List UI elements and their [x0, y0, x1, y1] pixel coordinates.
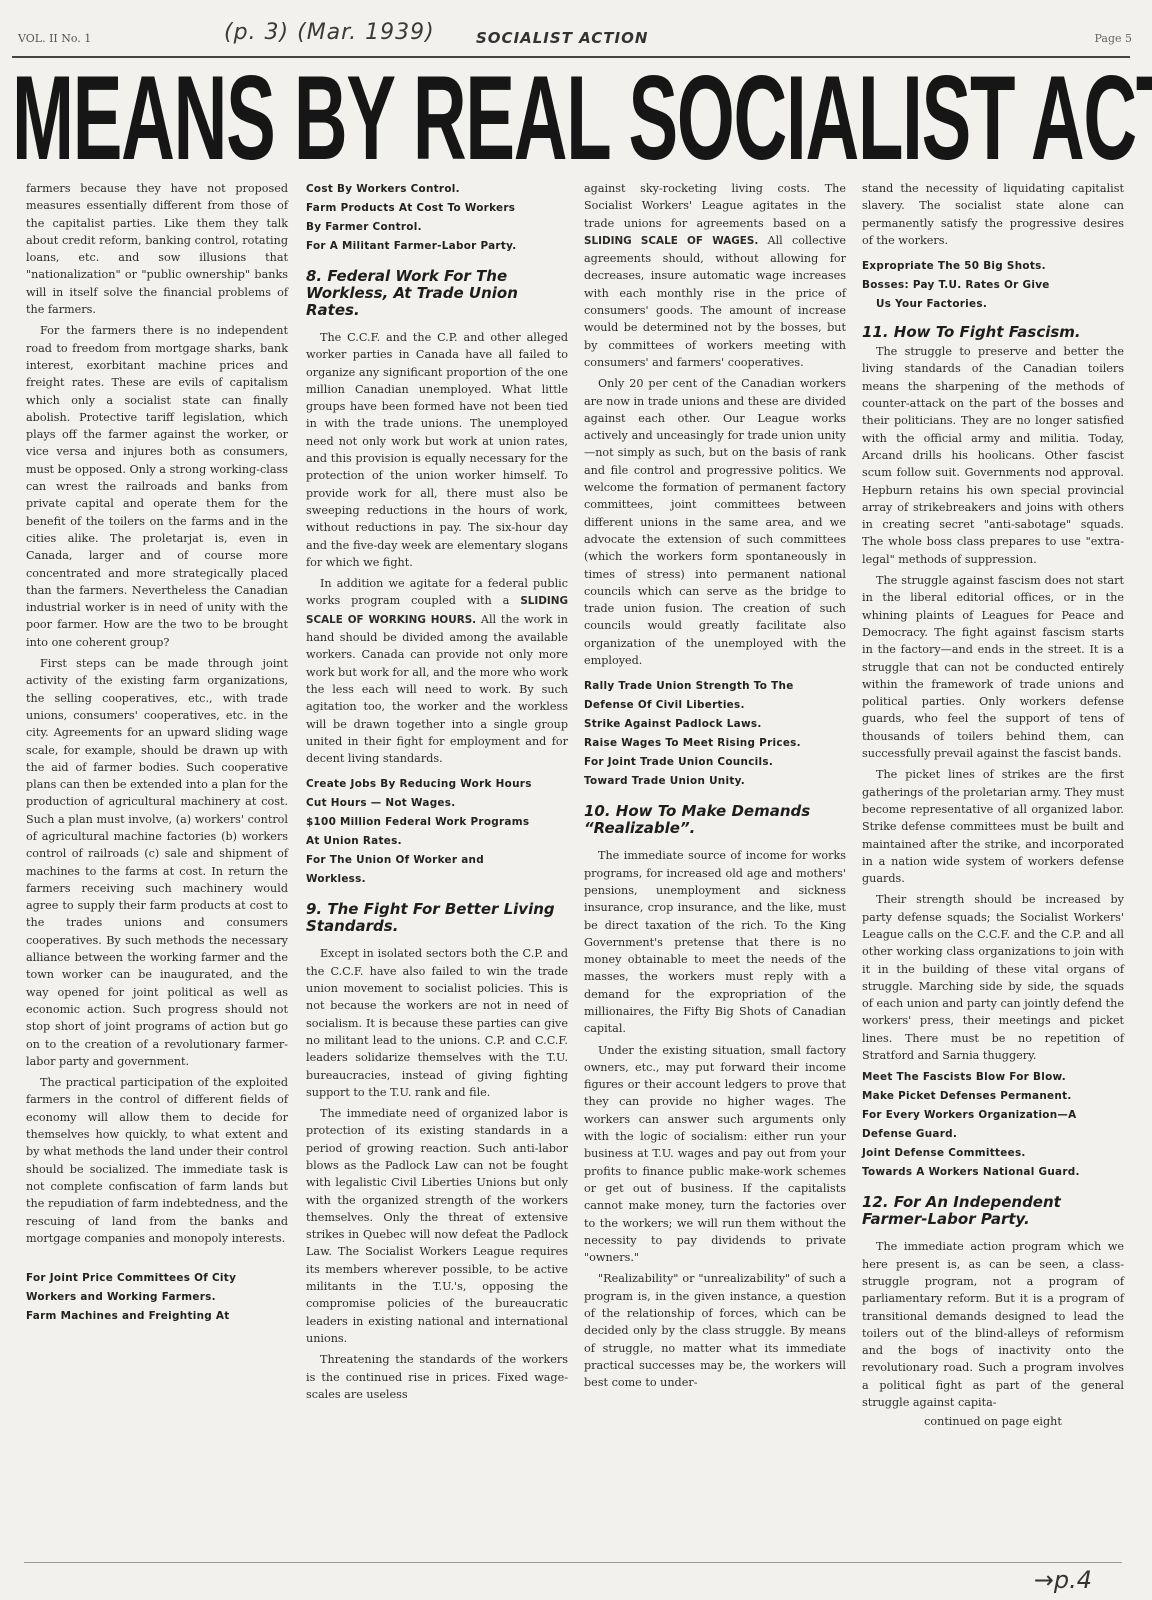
slogan-block: Create Jobs By Reducing Work Hours Cut H… — [306, 775, 568, 889]
paragraph: Except in isolated sectors both the C.P.… — [306, 945, 568, 1101]
slogan: Defense Of Civil Liberties. — [584, 696, 846, 715]
slogan-block: Rally Trade Union Strength To The Defens… — [584, 677, 846, 791]
column-2: Cost By Workers Control. Farm Products A… — [306, 180, 568, 1407]
slogan: For Joint Price Committees Of City — [26, 1269, 288, 1288]
slogan: Rally Trade Union Strength To The — [584, 677, 846, 696]
slogan: Cost By Workers Control. — [306, 180, 568, 199]
slogan: Toward Trade Union Unity. — [584, 772, 846, 791]
text-run: against sky-rocketing living costs. The … — [584, 182, 846, 230]
section-heading-11: 11. How To Fight Fascism. — [862, 324, 1124, 341]
slogan: Us Your Factories. — [862, 295, 1124, 314]
paragraph: In addition we agitate for a federal pub… — [306, 575, 568, 767]
slogan: Towards A Workers National Guard. — [862, 1163, 1124, 1182]
paragraph: The immediate source of income for works… — [584, 847, 846, 1037]
paragraph: Their strength should be increased by pa… — [862, 891, 1124, 1064]
paragraph: The C.C.F. and the C.P. and other allege… — [306, 329, 568, 571]
slogan: Joint Defense Committees. — [862, 1144, 1124, 1163]
paragraph: The picket lines of strikes are the firs… — [862, 766, 1124, 887]
slogan: Workers and Working Farmers. — [26, 1288, 288, 1307]
slogan: By Farmer Control. — [306, 218, 568, 237]
slogan: For Joint Trade Union Councils. — [584, 753, 846, 772]
slogan: Cut Hours — Not Wages. — [306, 794, 568, 813]
paper-name: SOCIALIST ACTION — [476, 29, 648, 47]
section-heading-12: 12. For An Independent Farmer-Labor Part… — [862, 1194, 1124, 1228]
masthead: VOL. II No. 1 (p. 3) (Mar. 1939) SOCIALI… — [14, 22, 1132, 52]
column-1: farmers because they have not proposed m… — [26, 180, 288, 1336]
slogan: Meet The Fascists Blow For Blow. — [862, 1068, 1124, 1087]
paragraph: farmers because they have not proposed m… — [26, 180, 288, 318]
paragraph: The struggle against fascism does not st… — [862, 572, 1124, 762]
slogan: Make Picket Defenses Permanent. — [862, 1087, 1124, 1106]
paragraph: The immediate action program which we he… — [862, 1238, 1124, 1411]
page-headline: MEANS BY REAL SOCIALIST ACTION — [12, 62, 1134, 174]
slogan: Create Jobs By Reducing Work Hours — [306, 775, 568, 794]
emphasis-caps: SLIDING SCALE OF WAGES. — [584, 235, 758, 247]
paragraph: The immediate need of organized labor is… — [306, 1105, 568, 1347]
column-4: stand the necessity of liquidating capit… — [862, 180, 1124, 1431]
slogan: Farm Products At Cost To Workers — [306, 199, 568, 218]
page-number: Page 5 — [1094, 32, 1132, 45]
continued-note: continued on page eight — [862, 1413, 1124, 1430]
paragraph: Threatening the standards of the workers… — [306, 1351, 568, 1403]
section-heading-8: 8. Federal Work For The Workless, At Tra… — [306, 268, 568, 319]
slogan: Strike Against Padlock Laws. — [584, 715, 846, 734]
paragraph: First steps can be made through joint ac… — [26, 655, 288, 1070]
slogan: Expropriate The 50 Big Shots. — [862, 257, 1124, 276]
slogan: At Union Rates. — [306, 832, 568, 851]
paragraph: Only 20 per cent of the Canadian workers… — [584, 375, 846, 669]
slogan: For Every Workers Organization—A — [862, 1106, 1124, 1125]
slogan: Defense Guard. — [862, 1125, 1124, 1144]
slogan: Raise Wages To Meet Rising Prices. — [584, 734, 846, 753]
paragraph: stand the necessity of liquidating capit… — [862, 180, 1124, 249]
section-heading-10: 10. How To Make Demands “Realizable”. — [584, 803, 846, 837]
text-run: All collective agreements should, withou… — [584, 234, 846, 369]
newspaper-page: VOL. II No. 1 (p. 3) (Mar. 1939) SOCIALI… — [0, 0, 1152, 1600]
slogan: Workless. — [306, 870, 568, 889]
handwritten-date-note: (p. 3) (Mar. 1939) — [224, 20, 435, 45]
paragraph: The struggle to preserve and better the … — [862, 343, 1124, 568]
slogan: Farm Machines and Freighting At — [26, 1307, 288, 1326]
volume-label: VOL. II No. 1 — [18, 32, 91, 45]
text-run: All the work in hand should be divided a… — [306, 613, 568, 765]
slogan-block: Cost By Workers Control. Farm Products A… — [306, 180, 568, 256]
handwritten-arrow-note: →p.4 — [1034, 1566, 1092, 1594]
bottom-rule — [24, 1562, 1122, 1563]
paragraph: "Realizability" or "unrealizability" of … — [584, 1270, 846, 1391]
section-heading-9: 9. The Fight For Better Living Standards… — [306, 901, 568, 935]
slogan-block: For Joint Price Committees Of City Worke… — [26, 1269, 288, 1326]
slogan: For The Union Of Worker and — [306, 851, 568, 870]
paragraph: For the farmers there is no independent … — [26, 322, 288, 651]
slogan: For A Militant Farmer-Labor Party. — [306, 237, 568, 256]
paragraph: against sky-rocketing living costs. The … — [584, 180, 846, 371]
slogan: Bosses: Pay T.U. Rates Or Give — [862, 276, 1124, 295]
paragraph: Under the existing situation, small fact… — [584, 1042, 846, 1267]
slogan: $100 Million Federal Work Programs — [306, 813, 568, 832]
slogan-block: Expropriate The 50 Big Shots. Bosses: Pa… — [862, 257, 1124, 314]
paragraph: The practical participation of the explo… — [26, 1074, 288, 1247]
slogan-block: Meet The Fascists Blow For Blow. Make Pi… — [862, 1068, 1124, 1182]
column-3: against sky-rocketing living costs. The … — [584, 180, 846, 1396]
